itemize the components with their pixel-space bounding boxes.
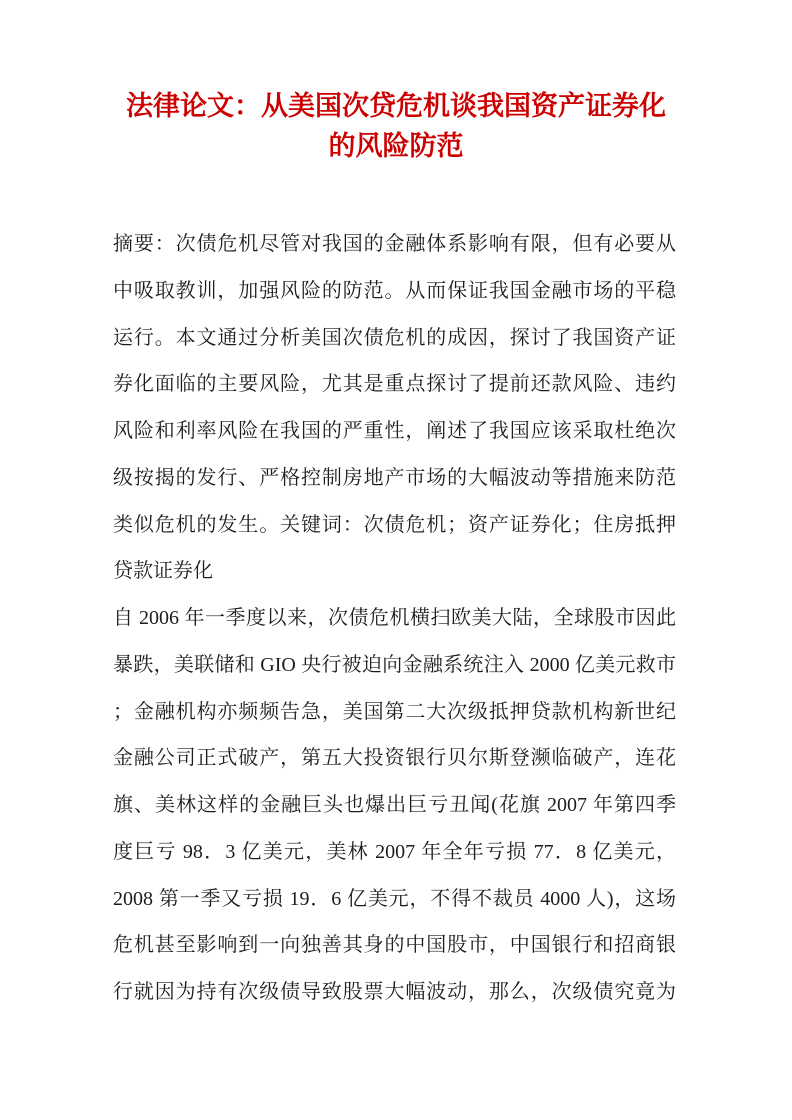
body-line-15: 2008 第一季又亏损 19．6 亿美元，不得不裁员 4000 人)，这场 [113, 876, 676, 923]
body-line-12: 金融公司正式破产，第五大投资银行贝尔斯登濒临破产，连花 [113, 735, 676, 782]
body-line-9: 自 2006 年一季度以来，次债危机横扫欧美大陆，全球股市因此 [113, 595, 676, 642]
document-page: 法律论文：从美国次贷危机谈我国资产证券化 的风险防范 摘要：次债危机尽管对我国的… [0, 0, 792, 1120]
body-line-14: 度巨亏 98．3 亿美元，美林 2007 年全年亏损 77．8 亿美元， [113, 829, 676, 876]
body-line-16: 危机甚至影响到一向独善其身的中国股市，中国银行和招商银 [113, 922, 676, 969]
body-line-5: 风险和利率风险在我国的严重性，阐述了我国应该采取杜绝次 [113, 408, 676, 455]
body-line-3: 运行。本文通过分析美国次债危机的成因，探讨了我国资产证 [113, 315, 676, 362]
body-line-10: 暴跌，美联储和 GIO 央行被迫向金融系统注入 2000 亿美元救市 [113, 642, 676, 689]
body-line-17: 行就因为持有次级债导致股票大幅波动，那么，次级债究竟为 [113, 969, 676, 1016]
body-line-6: 级按揭的发行、严格控制房地产市场的大幅波动等措施来防范 [113, 455, 676, 502]
document-title: 法律论文：从美国次贷危机谈我国资产证券化 的风险防范 [0, 86, 792, 166]
body-line-4: 券化面临的主要风险，尤其是重点探讨了提前还款风险、违约 [113, 361, 676, 408]
body-line-7: 类似危机的发生。关键词：次债危机；资产证券化；住房抵押 [113, 502, 676, 549]
body-line-1: 摘要：次债危机尽管对我国的金融体系影响有限，但有必要从 [113, 221, 676, 268]
body-line-11: ；金融机构亦频频告急，美国第二大次级抵押贷款机构新世纪 [113, 689, 676, 736]
body-line-8: 贷款证券化 [113, 548, 676, 595]
body-line-13: 旗、美林这样的金融巨头也爆出巨亏丑闻(花旗 2007 年第四季 [113, 782, 676, 829]
body-line-2: 中吸取教训，加强风险的防范。从而保证我国金融市场的平稳 [113, 268, 676, 315]
title-line-1: 法律论文：从美国次贷危机谈我国资产证券化 [0, 86, 792, 126]
document-body: 摘要：次债危机尽管对我国的金融体系影响有限，但有必要从 中吸取教训，加强风险的防… [113, 221, 676, 1016]
title-line-2: 的风险防范 [0, 126, 792, 166]
